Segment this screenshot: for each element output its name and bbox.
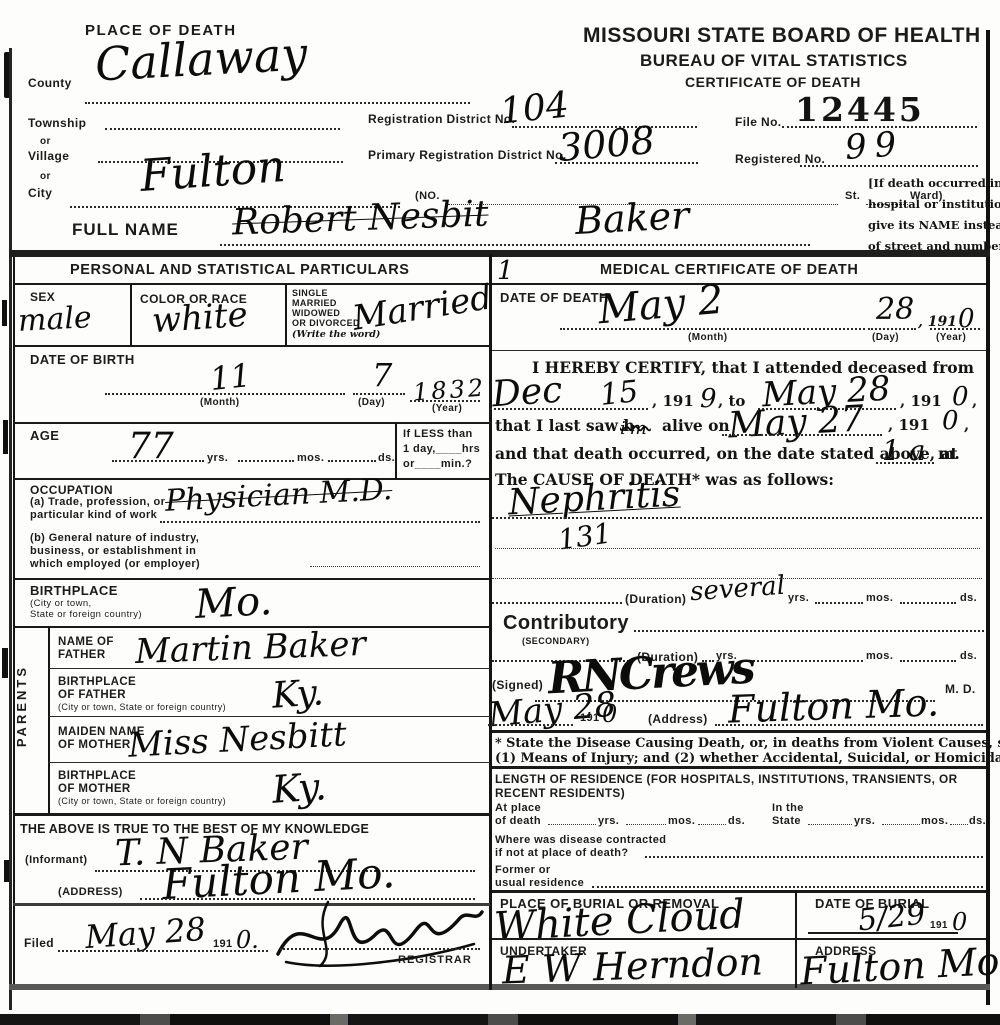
occupation-label: OCCUPATION [30,483,113,497]
residence-title-line2: RECENT RESIDENTS) [495,786,625,800]
township-line [105,128,340,130]
dod-year-caption: (Year) [936,332,966,343]
parents-group-label: PARENTS [14,665,29,747]
contracted-line [645,856,983,858]
signed-label: (Signed) [492,678,543,692]
md-label: M. D. [945,682,976,696]
registrar-caption: REGISTRAR [398,954,472,966]
dod-month-caption: (Month) [688,332,727,343]
dod-day-caption: (Day) [872,332,899,343]
sex-value: male [17,300,92,339]
duration2-ds-line [900,660,956,662]
column-divider [489,254,492,990]
age-label: AGE [30,428,59,443]
former-line [592,886,983,888]
duration1-ds-line [900,602,956,604]
dob-month-line [105,393,345,395]
dod-year-line [930,328,980,330]
duration1-mos-line [815,602,863,604]
full-name-first: Robert Nesbit [231,194,489,244]
registered-no-value: 99 [844,124,906,168]
contracted-line2: if not at place of death? [495,847,628,859]
occupation-b-line1: (b) General nature of industry, [30,532,199,544]
duration1-label: (Duration) [625,592,686,606]
county-value: Callaway [94,26,309,91]
rule [13,422,490,424]
res-mos: mos. [668,815,695,827]
rule [492,350,986,351]
hospital-note-line2: hospital or institution, [868,197,1000,211]
marital-label-line4: OR DIVORCED [292,318,360,329]
cause-line-2 [495,548,980,549]
res-ds: ds. [728,815,745,827]
medical-margin-note: 1 [497,256,514,286]
dob-day-value: 7 [372,356,392,394]
occupation-b-line [310,566,480,567]
birthplace-label: BIRTHPLACE [30,583,118,598]
or-1: or [40,136,51,147]
filed-line [58,950,268,952]
scan-artifact [2,648,8,678]
mother-bp-label-line1: BIRTHPLACE [58,770,136,782]
county-label: County [28,76,72,90]
scan-artifact [2,300,7,326]
signed-date-line [488,724,573,726]
dod-day-line [868,328,916,330]
full-name-line [220,244,810,246]
footnote-line2: (1) Means of Injury; and (2) whether Acc… [495,751,1000,766]
duration1-lead-line [492,602,622,604]
file-no-label: File No. [735,115,782,129]
marital-label-line1: SINGLE [292,288,328,299]
contributory-line [634,630,984,632]
duration1-yrs: yrs. [788,592,809,604]
date-of-death-label: DATE OF DEATH [500,290,609,305]
cause-of-death-value: Nephritis [507,474,681,524]
birthplace-sub-line2: State or foreign country) [30,609,142,620]
signed-year-value: 0 [602,700,617,728]
rule-heavy [13,813,490,816]
res-ds-line [698,824,726,825]
age-ds-label: ds. [378,452,395,464]
from-date-line [490,408,648,410]
to-year-preprint: , 191 [900,392,942,410]
last-saw-date: May 27 [727,398,865,446]
state-yrs-line [808,824,852,825]
dod-month-line [560,328,865,330]
cell-divider [285,283,287,345]
saw-date-line [722,434,882,436]
last-saw-scribble: im [620,418,651,439]
at-place-line2: of death [495,815,541,827]
duration1-mos: mos. [866,592,893,604]
state-yrs: yrs. [854,815,875,827]
comma-1: , [972,392,977,410]
state-ds: ds. [969,815,986,827]
father-bp-label-line3: (City or town, State or foreign country) [58,702,226,712]
filed-label: Filed [24,936,54,950]
father-bp-label-line2: OF FATHER [58,689,126,701]
city-label: City [28,186,52,200]
contributory-label: Contributory [503,612,629,635]
rule [13,283,490,285]
parents-divider [48,626,50,816]
residence-title-line1: LENGTH OF RESIDENCE (FOR HOSPITALS, INST… [495,772,958,786]
at-place-line1: At place [495,802,541,814]
personal-section-title: PERSONAL AND STATISTICAL PARTICULARS [70,262,410,278]
date-of-death-day: 28 [876,292,914,327]
cell-divider [130,283,132,345]
dob-day-line [353,393,405,395]
mother-name-value: Miss Nesbitt [127,714,347,765]
certify-line1: I HEREBY CERTIFY, that I attended deceas… [532,358,974,377]
street-label: St. [845,190,860,202]
death-certificate-scan: PLACE OF DEATH County Callaway Township … [0,0,1000,1025]
birthplace-value: Mo. [194,578,273,628]
if-less-line3: or____min.? [403,458,472,470]
signed-year-preprint: 191 [580,712,600,724]
duration2-ds: ds. [960,650,977,662]
secondary-label: (SECONDARY) [522,636,590,646]
filed-year-preprint: 191 [213,938,233,950]
from-year-preprint: , 191 [652,392,694,410]
in-state-line1: In the [772,802,804,814]
father-name-value: Martin Baker [134,624,366,672]
signed-address-line [715,724,983,726]
mother-bp-value: Ky. [271,764,328,812]
attended-from-year: 9 [700,384,717,414]
former-line1: Former or [495,864,551,876]
rule [48,762,490,763]
occupation-a-line1: (a) Trade, profession, or [30,496,165,508]
signed-date-value: May 28 [487,684,618,735]
full-name-last: Baker [574,193,690,243]
age-yrs-label: yrs. [207,452,228,464]
father-bp-value: Ky. [271,672,325,716]
father-bp-label-line1: BIRTHPLACE [58,676,136,688]
comma-2: , [964,416,969,434]
rule [492,283,986,285]
bottom-scan-band [0,1014,1000,1025]
bureau-title: BUREAU OF VITAL STATISTICS [640,51,908,71]
dob-label: DATE OF BIRTH [30,352,135,367]
father-name-label-line1: NAME OF [58,636,114,648]
race-value: white [151,295,249,342]
duration1-value: several [689,571,786,608]
age-ds-line [328,460,376,462]
medical-section-title: MEDICAL CERTIFICATE OF DEATH [600,262,858,278]
city-value: Fulton [138,141,287,202]
hospital-note-line4: of street and number] [868,239,1000,253]
full-name-label: FULL NAME [72,220,179,240]
last-saw-text: that I last saw h [495,416,635,435]
mother-bp-label-line3: (City or town, State or foreign country) [58,796,226,806]
board-title: MISSOURI STATE BOARD OF HEALTH [583,24,981,48]
left-frame-line [9,48,12,1010]
informant-address-label: (ADDRESS) [58,886,123,898]
occupation-a-line [160,521,480,523]
dob-month-caption: (Month) [200,397,239,408]
duration2-mos: mos. [866,650,893,662]
village-label: Village [28,149,69,163]
hospital-note-line1: [If death occurred in a [868,176,1000,190]
age-mos-label: mos. [297,452,324,464]
state-mos-line [882,824,920,825]
mother-bp-label-line2: OF MOTHER [58,783,131,795]
occupation-a-line2: particular kind of work [30,509,157,521]
if-less-line1: If LESS than [403,428,473,440]
registered-no-line [800,165,978,167]
rule [13,345,490,347]
res-mos-line [626,824,666,825]
in-state-line2: State [772,815,801,827]
saw-year-preprint: , 191 [888,416,930,434]
marital-value: Married [350,277,495,338]
file-no-value: 12445 [795,90,925,129]
marital-label-line2: MARRIED [292,298,337,309]
signed-address-label: (Address) [648,712,708,726]
if-less-line2: 1 day,____hrs [403,443,480,455]
former-line2: usual residence [495,877,584,889]
undertaker-value: E W Herndon [501,939,763,992]
dob-month-value: 11 [208,356,252,398]
footnote-line1: * State the Disease Causing Death, or, i… [495,736,1000,751]
res-yrs: yrs. [598,815,619,827]
rule-heavy [492,766,986,769]
registration-district-label: Registration District No. [368,112,515,126]
time-line [876,462,934,464]
burial-date-line [808,932,958,934]
birthplace-sub-line1: (City or town, [30,598,92,609]
marital-label-line3: WIDOWED [292,308,340,319]
informant-label: (Informant) [25,854,87,866]
dob-year-caption: (Year) [432,403,462,414]
state-mos: mos. [921,815,948,827]
cause-code-value: 131 [556,516,614,556]
burial-year-preprint: 191 [930,920,948,931]
age-mos-line [238,460,294,462]
registrar-sig-line [280,948,480,950]
rule [48,668,490,669]
county-line [85,102,470,104]
dob-day-caption: (Day) [358,397,385,408]
contracted-line1: Where was disease contracted [495,834,666,846]
rule-heavy [492,730,986,733]
res-yrs-line [548,824,596,825]
rule [48,716,490,717]
date-of-death-month: May 2 [596,277,725,334]
age-yrs-line [112,460,204,462]
primary-registration-line [555,162,698,164]
mother-name-label-line2: OF MOTHER [58,739,131,751]
form-left-border [13,250,15,988]
certificate-title: CERTIFICATE OF DEATH [685,74,861,90]
father-name-label-line2: FATHER [58,649,106,661]
scan-artifact [3,420,8,454]
primary-registration-label: Primary Registration District No. [368,148,567,162]
hospital-note-line3: give its NAME instead [868,218,1000,232]
duration2-mos-line [745,660,863,662]
township-label: Township [28,116,86,130]
cell-divider [395,422,397,478]
burial-year-value: 0 [952,908,967,936]
duration1-ds: ds. [960,592,977,604]
last-saw-year: 0 [942,406,959,436]
registered-no-label: Registered No. [735,152,825,166]
cause-line-1 [492,517,982,519]
dob-year-line [410,400,480,402]
occupation-b-line3: which employed (or employer) [30,558,200,570]
alive-on-text: alive on [662,416,730,435]
state-ds-line [950,824,968,825]
occupation-b-line2: business, or establishment in [30,545,196,557]
time-m-label: m. [938,444,960,463]
or-2: or [40,171,51,182]
